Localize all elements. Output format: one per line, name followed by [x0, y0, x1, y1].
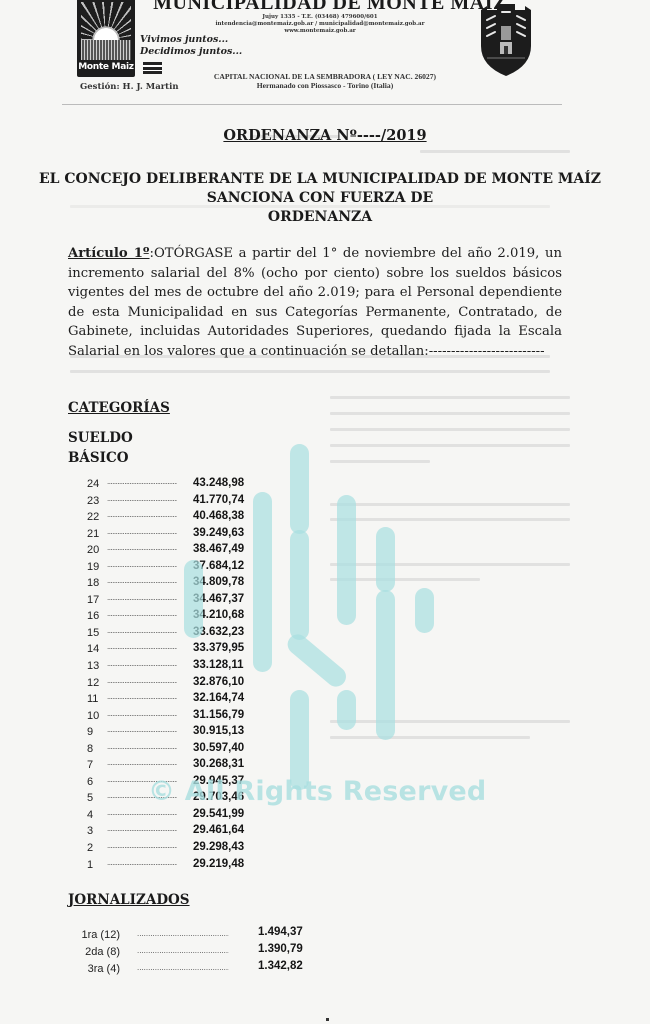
- salary-value: 33.128,11: [193, 659, 244, 671]
- watermark-text: © All Rights Reserved: [148, 776, 486, 807]
- salary-value: 29.298,43: [193, 841, 244, 853]
- dot-leader: ........................................…: [107, 808, 177, 817]
- dot-leader: ........................................…: [107, 642, 177, 651]
- category-number: 10: [87, 710, 107, 722]
- dot-leader: ........................................…: [107, 560, 177, 569]
- category-number: 18: [87, 577, 107, 589]
- article-1-label: Artículo 1º: [68, 246, 150, 261]
- dot-leader: ........................................…: [107, 659, 177, 668]
- capital-subtitle: CAPITAL NACIONAL DE LA SEMBRADORA ( LEY …: [180, 72, 470, 90]
- category-number: 8: [87, 743, 107, 755]
- slogan: Vivimos juntos... Decidimos juntos...: [140, 34, 242, 58]
- header-divider: [62, 104, 562, 105]
- salary-value: 31.156,79: [193, 709, 244, 721]
- category-number: 5: [87, 792, 107, 804]
- flag-icon: [143, 62, 162, 74]
- category-number: 3: [87, 825, 107, 837]
- category-number: 9: [87, 726, 107, 738]
- category-number: 2: [87, 842, 107, 854]
- day-worker-category: 3ra (4): [75, 963, 120, 975]
- council-heading: EL CONCEJO DELIBERANTE DE LA MUNICIPALID…: [0, 170, 640, 227]
- day-worker-wage: 1.342,82: [258, 960, 303, 972]
- category-number: 21: [87, 528, 107, 540]
- category-number: 22: [87, 511, 107, 523]
- dot-leader: ........................................…: [107, 725, 177, 734]
- dot-leader: ........................................…: [137, 929, 229, 938]
- dot-leader: ........................................…: [137, 946, 229, 955]
- category-number: 17: [87, 594, 107, 606]
- category-number: 6: [87, 776, 107, 788]
- day-worker-wage: 1.390,79: [258, 943, 303, 955]
- salary-value: 32.164,74: [193, 692, 244, 704]
- dot-leader: ........................................…: [107, 477, 177, 486]
- dot-leader: ........................................…: [107, 543, 177, 552]
- dot-leader: ........................................…: [107, 742, 177, 751]
- category-number: 4: [87, 809, 107, 821]
- day-worker-wage: 1.494,37: [258, 926, 303, 938]
- dot-leader: ........................................…: [107, 576, 177, 585]
- dot-leader: ........................................…: [107, 676, 177, 685]
- dot-leader: ........................................…: [107, 841, 177, 850]
- contact-info: Jujuy 1335 - T.E. (03468) 479600/601 int…: [190, 14, 450, 35]
- category-number: 19: [87, 561, 107, 573]
- dot-leader: ........................................…: [107, 709, 177, 718]
- salary-value: 33.379,95: [193, 642, 244, 654]
- category-number: 11: [87, 693, 107, 705]
- salary-value: 43.248,98: [193, 477, 244, 489]
- salary-value: 29.541,99: [193, 808, 244, 820]
- dot-leader: ........................................…: [107, 609, 177, 618]
- page-number-mark: [326, 1018, 329, 1021]
- salary-value: 39.249,63: [193, 527, 244, 539]
- coat-of-arms-icon: [477, 2, 535, 76]
- salary-value: 29.461,64: [193, 824, 244, 836]
- category-number: 24: [87, 478, 107, 490]
- dot-leader: ........................................…: [107, 824, 177, 833]
- administration-label: Gestión: H. J. Martin: [80, 82, 179, 92]
- dot-leader: ........................................…: [107, 692, 177, 701]
- category-number: 23: [87, 495, 107, 507]
- article-1: Artículo 1º:OTÓRGASE a partir del 1° de …: [68, 244, 562, 361]
- day-worker-category: 1ra (12): [75, 929, 120, 941]
- monte-maiz-logo: Monte Maiz: [77, 0, 135, 77]
- category-number: 15: [87, 627, 107, 639]
- document-page: Monte Maiz Vivimos juntos... Decidimos j…: [0, 0, 650, 1024]
- dot-leader: ........................................…: [107, 858, 177, 867]
- salary-value: 30.915,13: [193, 725, 244, 737]
- category-number: 1: [87, 859, 107, 871]
- salary-heading: SUELDO BÁSICO: [68, 428, 133, 468]
- salary-value: 41.770,74: [193, 494, 244, 506]
- categories-heading: CATEGORÍAS: [68, 400, 170, 416]
- day-workers-heading: JORNALIZADOS: [68, 892, 190, 908]
- ordinance-title: ORDENANZA Nº----/2019: [0, 127, 650, 144]
- category-number: 14: [87, 643, 107, 655]
- category-number: 20: [87, 544, 107, 556]
- salary-value: 32.876,10: [193, 676, 244, 688]
- category-number: 7: [87, 759, 107, 771]
- dot-leader: ........................................…: [107, 527, 177, 536]
- dot-leader: ........................................…: [107, 510, 177, 519]
- municipality-title: MUNICIPALIDAD DE MONTE MAIZ: [140, 0, 520, 15]
- category-number: 16: [87, 610, 107, 622]
- logo-text: Monte Maiz: [77, 62, 135, 72]
- day-worker-category: 2da (8): [75, 946, 120, 958]
- salary-value: 40.468,38: [193, 510, 244, 522]
- article-1-text: :OTÓRGASE a partir del 1° de noviembre d…: [68, 246, 562, 359]
- dot-leader: ........................................…: [107, 494, 177, 503]
- dot-leader: ........................................…: [107, 593, 177, 602]
- dot-leader: ........................................…: [107, 758, 177, 767]
- category-number: 13: [87, 660, 107, 672]
- salary-value: 30.268,31: [193, 758, 244, 770]
- salary-value: 29.219,48: [193, 858, 244, 870]
- dot-leader: ........................................…: [107, 626, 177, 635]
- salary-value: 30.597,40: [193, 742, 244, 754]
- dot-leader: ........................................…: [137, 963, 229, 972]
- salary-value: 38.467,49: [193, 543, 244, 555]
- category-number: 12: [87, 677, 107, 689]
